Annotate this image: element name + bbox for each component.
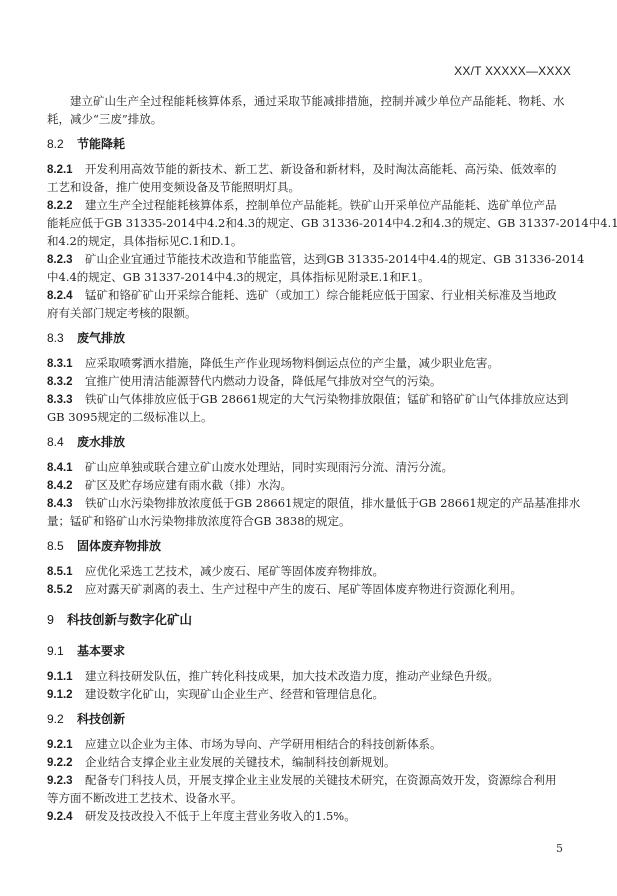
section-heading-8-4: 8.4废水排放: [47, 433, 572, 451]
clause-number: 8.2.1: [47, 161, 85, 179]
clause-text: 建立生产全过程能耗核算体系，控制单位产品能耗。铁矿山开采单位产品能耗、选矿单位产…: [85, 198, 557, 212]
section-heading-8-2: 8.2节能降耗: [47, 135, 572, 153]
section-heading-9-1: 9.1基本要求: [47, 642, 572, 660]
clause-number: 8.4.2: [47, 477, 85, 495]
clause-text: 等方面不断改进工艺技术、设备水平。: [47, 789, 572, 807]
clause-number: 8.2.2: [47, 197, 85, 215]
clause-text: 研发及技改投入不低于上年度主营业务收入的1.5%。: [85, 809, 356, 823]
section-number: 8.5: [47, 537, 77, 555]
clause-9-2-1: 9.2.1应建立以企业为主体、市场为导向、产学研用相结合的科技创新体系。: [47, 735, 572, 753]
section-title: 科技创新: [77, 712, 125, 726]
clause-text: 矿山应单独或联合建立矿山废水处理站，同时实现雨污分流、清污分流。: [85, 460, 453, 474]
clause-text: 工艺和设备，推广使用变频设备及节能照明灯具。: [47, 178, 572, 196]
intro-paragraph: 建立矿山生产全过程能耗核算体系，通过采取节能减排措施，控制并减少单位产品能耗、物…: [47, 92, 572, 128]
clause-number: 9.1.2: [47, 686, 85, 704]
clause-9-2-3: 9.2.3配备专门科技人员，开展支撑企业主业发展的关键技术研究，在资源高效开发，…: [47, 771, 572, 807]
section-heading-9-2: 9.2科技创新: [47, 710, 572, 728]
clause-number: 8.2.3: [47, 251, 85, 269]
clause-text: 建设数字化矿山，实现矿山企业生产、经营和管理信息化。: [85, 687, 384, 701]
clause-text: 配备专门科技人员，开展支撑企业主业发展的关键技术研究，在资源高效开发，资源综合利…: [85, 773, 557, 787]
page-content: 建立矿山生产全过程能耗核算体系，通过采取节能减排措施，控制并减少单位产品能耗、物…: [47, 92, 572, 825]
clause-text: 应采取喷雾洒水措施，降低生产作业现场物料倒运点位的产尘量，减少职业危害。: [85, 356, 499, 370]
clause-number: 8.4.3: [47, 495, 85, 513]
section-title: 基本要求: [77, 644, 125, 658]
clause-9-1-2: 9.1.2建设数字化矿山，实现矿山企业生产、经营和管理信息化。: [47, 685, 572, 703]
clause-8-2-2: 8.2.2建立生产全过程能耗核算体系，控制单位产品能耗。铁矿山开采单位产品能耗、…: [47, 196, 572, 250]
clause-8-3-2: 8.3.2宜推广使用清洁能源替代内燃动力设备，降低尾气排放对空气的污染。: [47, 372, 572, 390]
clause-text: 量；锰矿和铬矿山水污染物排放浓度符合GB 3838的规定。: [47, 512, 572, 530]
chapter-number: 9: [47, 611, 67, 629]
chapter-heading-9: 9科技创新与数字化矿山: [47, 611, 572, 629]
clause-8-5-1: 8.5.1应优化采选工艺技术，减少废石、尾矿等固体废弃物排放。: [47, 562, 572, 580]
chapter-title: 科技创新与数字化矿山: [67, 613, 192, 627]
document-page: XX/T XXXXX—XXXX 建立矿山生产全过程能耗核算体系，通过采取节能减排…: [0, 0, 617, 896]
clause-text: 开发利用高效节能的新技术、新工艺、新设备和新材料，及时淘汰高能耗、高污染、低效率…: [85, 162, 557, 176]
clause-text: 企业结合支撑企业主业发展的关键技术，编制科技创新规划。: [85, 755, 396, 769]
clause-9-1-1: 9.1.1建立科技研发队伍，推广转化科技成果，加大技术改造力度，推动产业绿色升级…: [47, 667, 572, 685]
clause-9-2-2: 9.2.2企业结合支撑企业主业发展的关键技术，编制科技创新规划。: [47, 753, 572, 771]
section-title: 固体废弃物排放: [77, 539, 161, 553]
section-heading-8-3: 8.3废气排放: [47, 329, 572, 347]
clause-number: 8.3.3: [47, 391, 85, 409]
clause-number: 8.3.2: [47, 373, 85, 391]
page-number: 5: [556, 842, 563, 855]
clause-text: 府有关部门规定考核的限额。: [47, 304, 572, 322]
clause-number: 9.2.1: [47, 736, 85, 754]
clause-text: GB 3095规定的二级标准以上。: [47, 408, 572, 426]
clause-8-2-4: 8.2.4锰矿和铬矿矿山开采综合能耗、选矿（或加工）综合能耗应低于国家、行业相关…: [47, 286, 572, 322]
clause-text: 锰矿和铬矿矿山开采综合能耗、选矿（或加工）综合能耗应低于国家、行业相关标准及当地…: [85, 288, 557, 302]
paragraph-line: 耗，减少“三废”排放。: [47, 110, 572, 128]
clause-text: 能耗应低于GB 31335-2014中4.2和4.3的规定、GB 31336-2…: [47, 214, 572, 232]
section-number: 8.2: [47, 135, 77, 153]
section-number: 8.4: [47, 433, 77, 451]
section-title: 废气排放: [77, 331, 125, 345]
clause-text: 和4.2的规定，具体指标见C.1和D.1。: [47, 232, 572, 250]
clause-text: 矿区及贮存场应建有雨水截（排）水沟。: [85, 478, 292, 492]
clause-8-3-1: 8.3.1应采取喷雾洒水措施，降低生产作业现场物料倒运点位的产尘量，减少职业危害…: [47, 354, 572, 372]
clause-8-4-3: 8.4.3铁矿山水污染物排放浓度低于GB 28661规定的限值，排水量低于GB …: [47, 494, 572, 530]
clause-8-2-3: 8.2.3矿山企业宜通过节能技术改造和节能监管，达到GB 31335-2014中…: [47, 250, 572, 286]
clause-number: 8.5.1: [47, 563, 85, 581]
clause-8-3-3: 8.3.3铁矿山气体排放应低于GB 28661规定的大气污染物排放限值；锰矿和铬…: [47, 390, 572, 426]
clause-text: 应建立以企业为主体、市场为导向、产学研用相结合的科技创新体系。: [85, 737, 442, 751]
section-number: 9.2: [47, 710, 77, 728]
clause-number: 9.2.3: [47, 772, 85, 790]
clause-8-4-1: 8.4.1矿山应单独或联合建立矿山废水处理站，同时实现雨污分流、清污分流。: [47, 458, 572, 476]
clause-number: 9.1.1: [47, 668, 85, 686]
clause-text: 建立科技研发队伍，推广转化科技成果，加大技术改造力度，推动产业绿色升级。: [85, 669, 499, 683]
clause-number: 9.2.2: [47, 754, 85, 772]
clause-number: 8.4.1: [47, 459, 85, 477]
clause-8-4-2: 8.4.2矿区及贮存场应建有雨水截（排）水沟。: [47, 476, 572, 494]
clause-8-5-2: 8.5.2应对露天矿剥离的表土、生产过程中产生的废石、尾矿等固体废弃物进行资源化…: [47, 580, 572, 598]
clause-text: 中4.4的规定、GB 31337-2014中4.3的规定，具体指标见附录E.1和…: [47, 268, 572, 286]
document-code-header: XX/T XXXXX—XXXX: [454, 64, 571, 78]
clause-text: 应对露天矿剥离的表土、生产过程中产生的废石、尾矿等固体废弃物进行资源化利用。: [85, 582, 522, 596]
clause-text: 矿山企业宜通过节能技术改造和节能监管，达到GB 31335-2014中4.4的规…: [85, 252, 584, 266]
clause-text: 铁矿山气体排放应低于GB 28661规定的大气污染物排放限值；锰矿和铬矿矿山气体…: [85, 392, 568, 406]
section-title: 节能降耗: [77, 137, 125, 151]
clause-text: 应优化采选工艺技术，减少废石、尾矿等固体废弃物排放。: [85, 564, 384, 578]
section-heading-8-5: 8.5固体废弃物排放: [47, 537, 572, 555]
paragraph-line: 建立矿山生产全过程能耗核算体系，通过采取节能减排措施，控制并减少单位产品能耗、物…: [47, 92, 572, 110]
section-number: 9.1: [47, 642, 77, 660]
clause-number: 9.2.4: [47, 808, 85, 826]
clause-number: 8.2.4: [47, 287, 85, 305]
clause-9-2-4: 9.2.4研发及技改投入不低于上年度主营业务收入的1.5%。: [47, 807, 572, 825]
clause-text: 宜推广使用清洁能源替代内燃动力设备，降低尾气排放对空气的污染。: [85, 374, 442, 388]
section-number: 8.3: [47, 329, 77, 347]
section-title: 废水排放: [77, 435, 125, 449]
clause-8-2-1: 8.2.1开发利用高效节能的新技术、新工艺、新设备和新材料，及时淘汰高能耗、高污…: [47, 160, 572, 196]
clause-number: 8.3.1: [47, 355, 85, 373]
clause-text: 铁矿山水污染物排放浓度低于GB 28661规定的限值，排水量低于GB 28661…: [85, 496, 580, 510]
clause-number: 8.5.2: [47, 581, 85, 599]
